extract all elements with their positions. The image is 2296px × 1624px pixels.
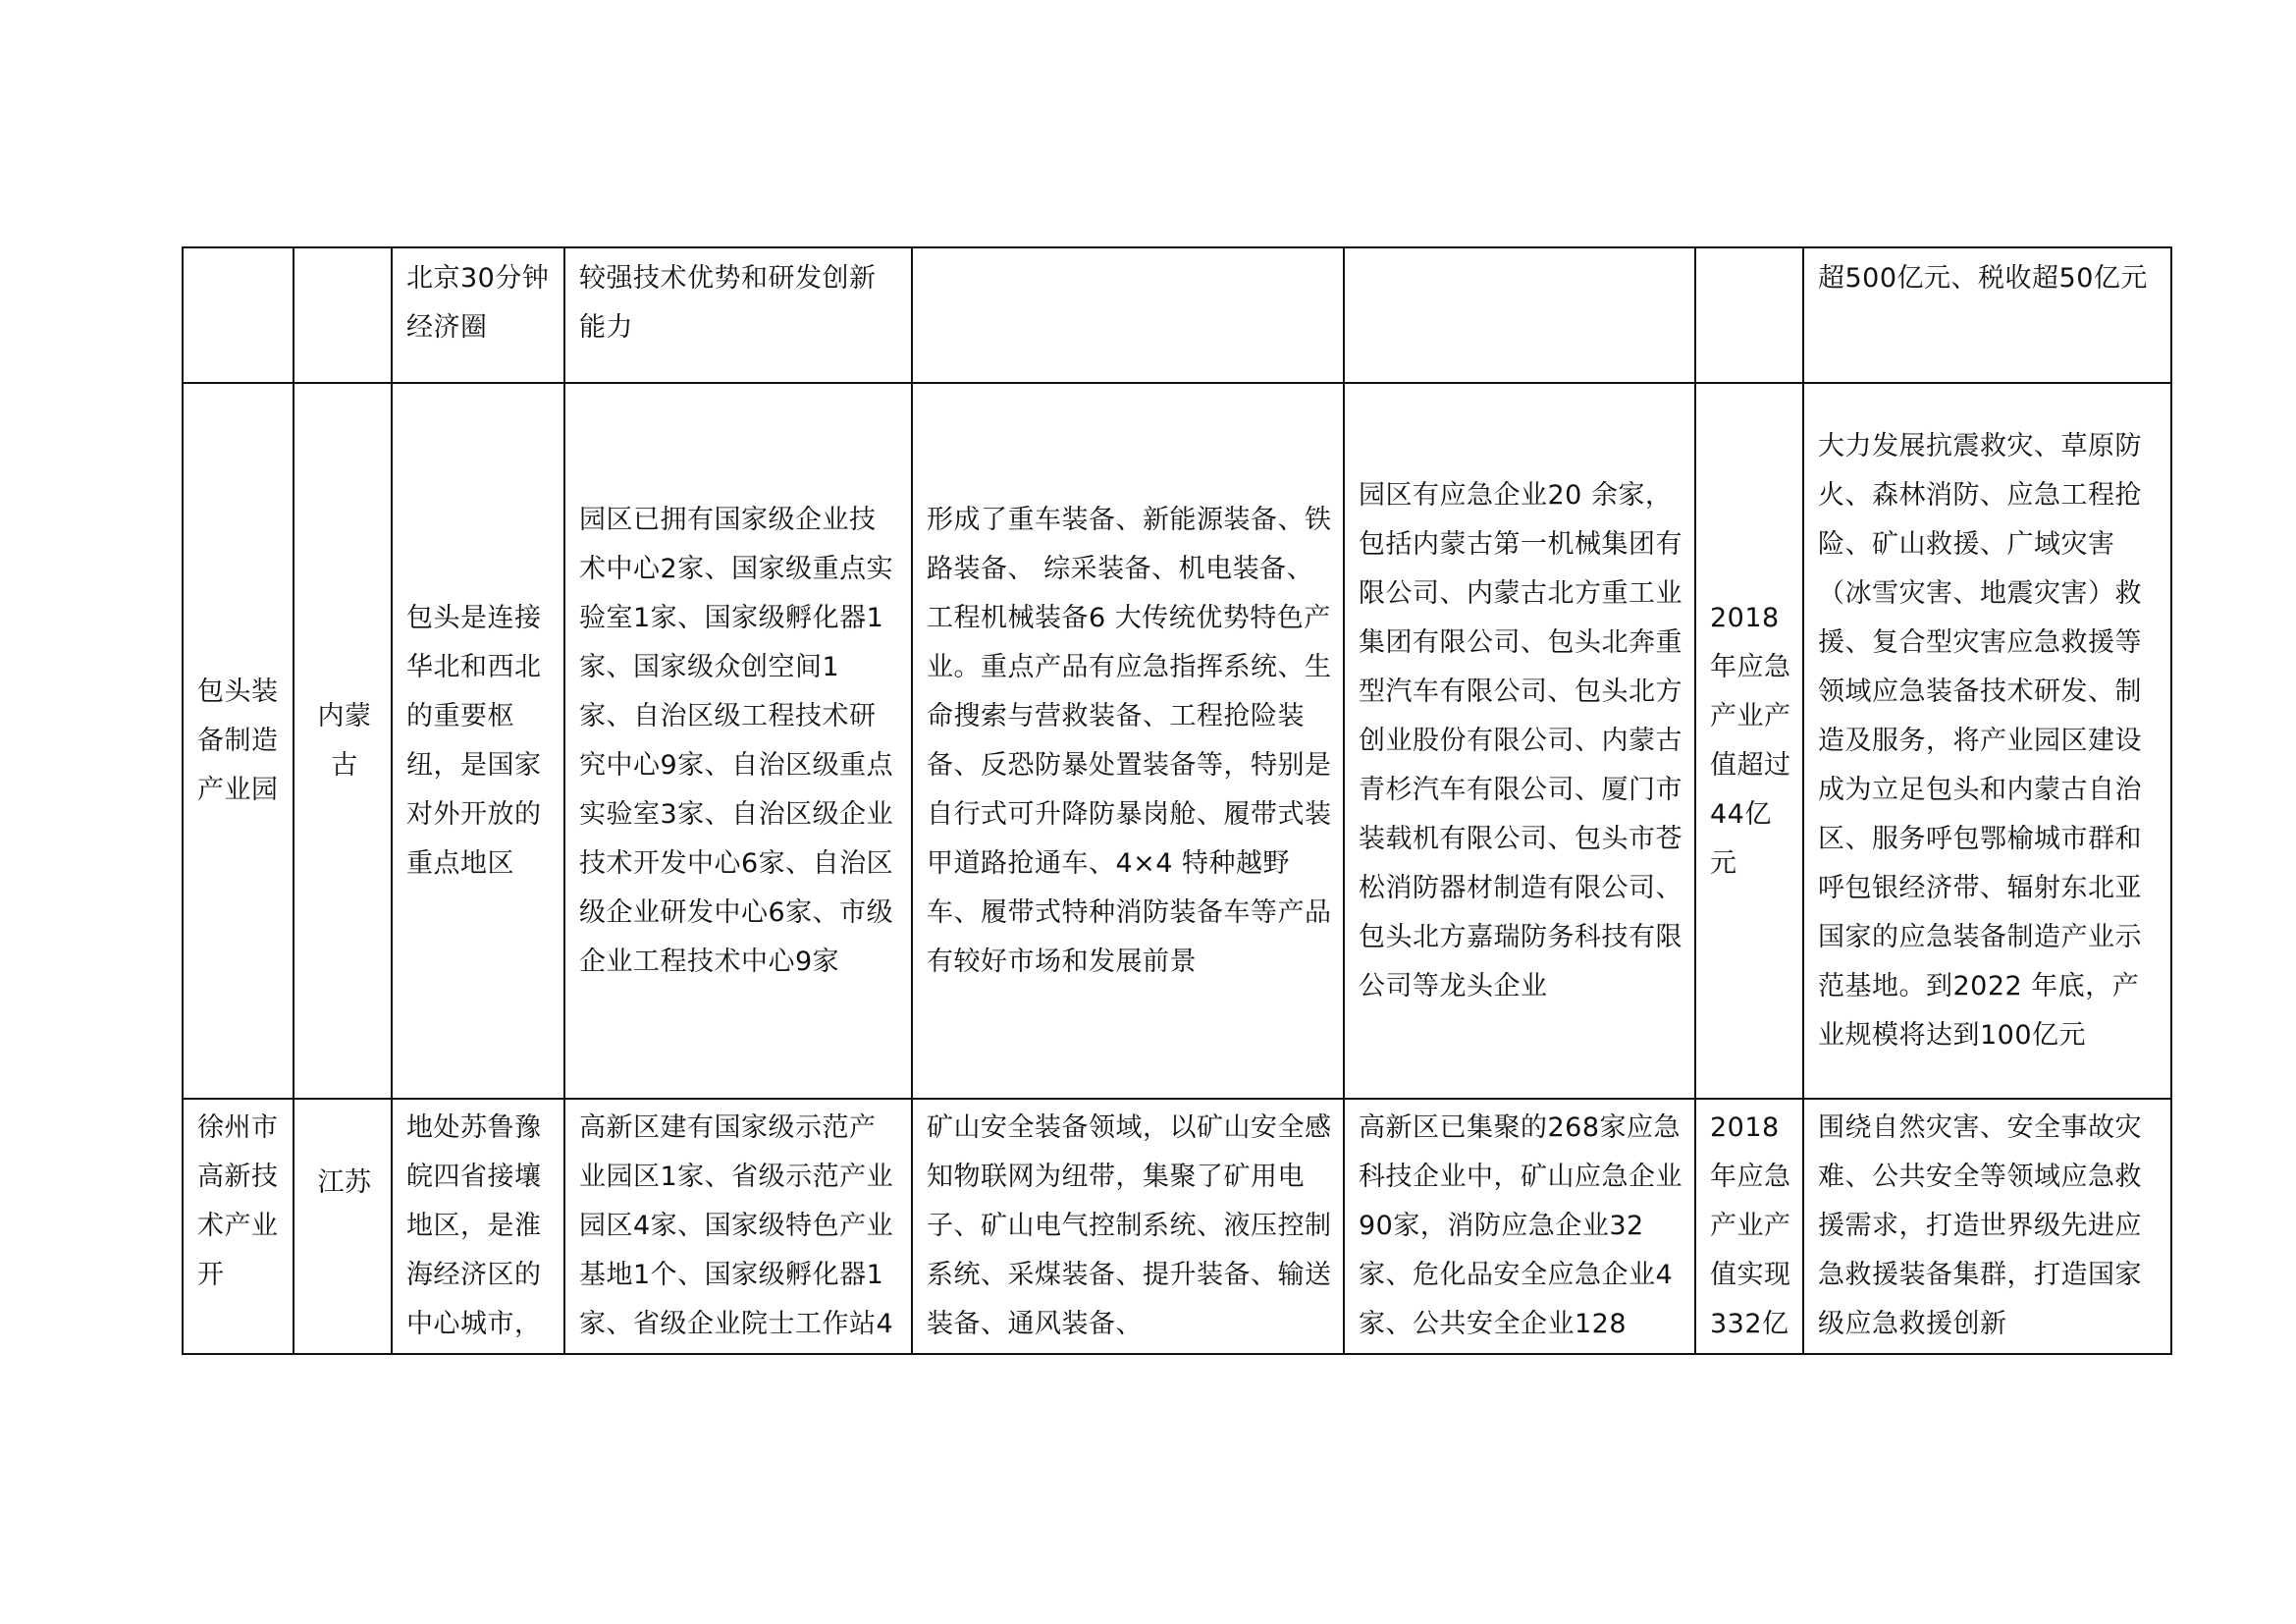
park-name-cell: 包头装备制造产业园 (183, 383, 294, 1099)
document-page: 北京30分钟经济圈 较强技术优势和研发创新能力 超500亿元、税收超50亿元 包… (0, 0, 2296, 1624)
province-cell (294, 247, 392, 383)
province-cell: 内蒙古 (294, 383, 392, 1099)
industrial-park-table: 北京30分钟经济圈 较强技术优势和研发创新能力 超500亿元、税收超50亿元 包… (182, 246, 2172, 1355)
table-row: 北京30分钟经济圈 较强技术优势和研发创新能力 超500亿元、税收超50亿元 (183, 247, 2171, 383)
industry-cell: 矿山安全装备领域，以矿山安全感知物联网为纽带，集聚了矿用电子、矿山电气控制系统、… (912, 1099, 1344, 1354)
innovation-cell: 园区已拥有国家级企业技术中心2家、国家级重点实验室1家、国家级孵化器1家、国家级… (564, 383, 912, 1099)
enterprises-cell (1344, 247, 1695, 383)
enterprises-cell: 园区有应急企业20 余家，包括内蒙古第一机械集团有限公司、内蒙古北方重工业集团有… (1344, 383, 1695, 1099)
scale-cell (1695, 247, 1803, 383)
goal-cell: 围绕自然灾害、安全事故灾难、公共安全等领域应急救援需求，打造世界级先进应急救援装… (1803, 1099, 2171, 1354)
table-row: 徐州市高新技术产业开 江苏 地处苏鲁豫皖四省接壤地区，是淮海经济区的中心城市， … (183, 1099, 2171, 1354)
goal-cell: 超500亿元、税收超50亿元 (1803, 247, 2171, 383)
enterprises-cell: 高新区已集聚的268家应急科技企业中，矿山应急企业90家，消防应急企业32家、危… (1344, 1099, 1695, 1354)
scale-cell: 2018年应急产业产值实现332亿 (1695, 1099, 1803, 1354)
industry-cell (912, 247, 1344, 383)
location-cell: 北京30分钟经济圈 (392, 247, 564, 383)
goal-cell: 大力发展抗震救灾、草原防火、森林消防、应急工程抢险、矿山救援、广域灾害（冰雪灾害… (1803, 383, 2171, 1099)
innovation-cell: 较强技术优势和研发创新能力 (564, 247, 912, 383)
park-name-cell (183, 247, 294, 383)
location-cell: 地处苏鲁豫皖四省接壤地区，是淮海经济区的中心城市， (392, 1099, 564, 1354)
park-name-cell: 徐州市高新技术产业开 (183, 1099, 294, 1354)
industry-cell: 形成了重车装备、新能源装备、铁路装备、 综采装备、机电装备、工程机械装备6 大传… (912, 383, 1344, 1099)
province-cell: 江苏 (294, 1099, 392, 1354)
table-row: 包头装备制造产业园 内蒙古 包头是连接华北和西北的重要枢纽，是国家对外开放的重点… (183, 383, 2171, 1099)
scale-cell: 2018年应急产业产值超过44亿元 (1695, 383, 1803, 1099)
location-cell: 包头是连接华北和西北的重要枢纽，是国家对外开放的重点地区 (392, 383, 564, 1099)
innovation-cell: 高新区建有国家级示范产业园区1家、省级示范产业园区4家、国家级特色产业基地1个、… (564, 1099, 912, 1354)
